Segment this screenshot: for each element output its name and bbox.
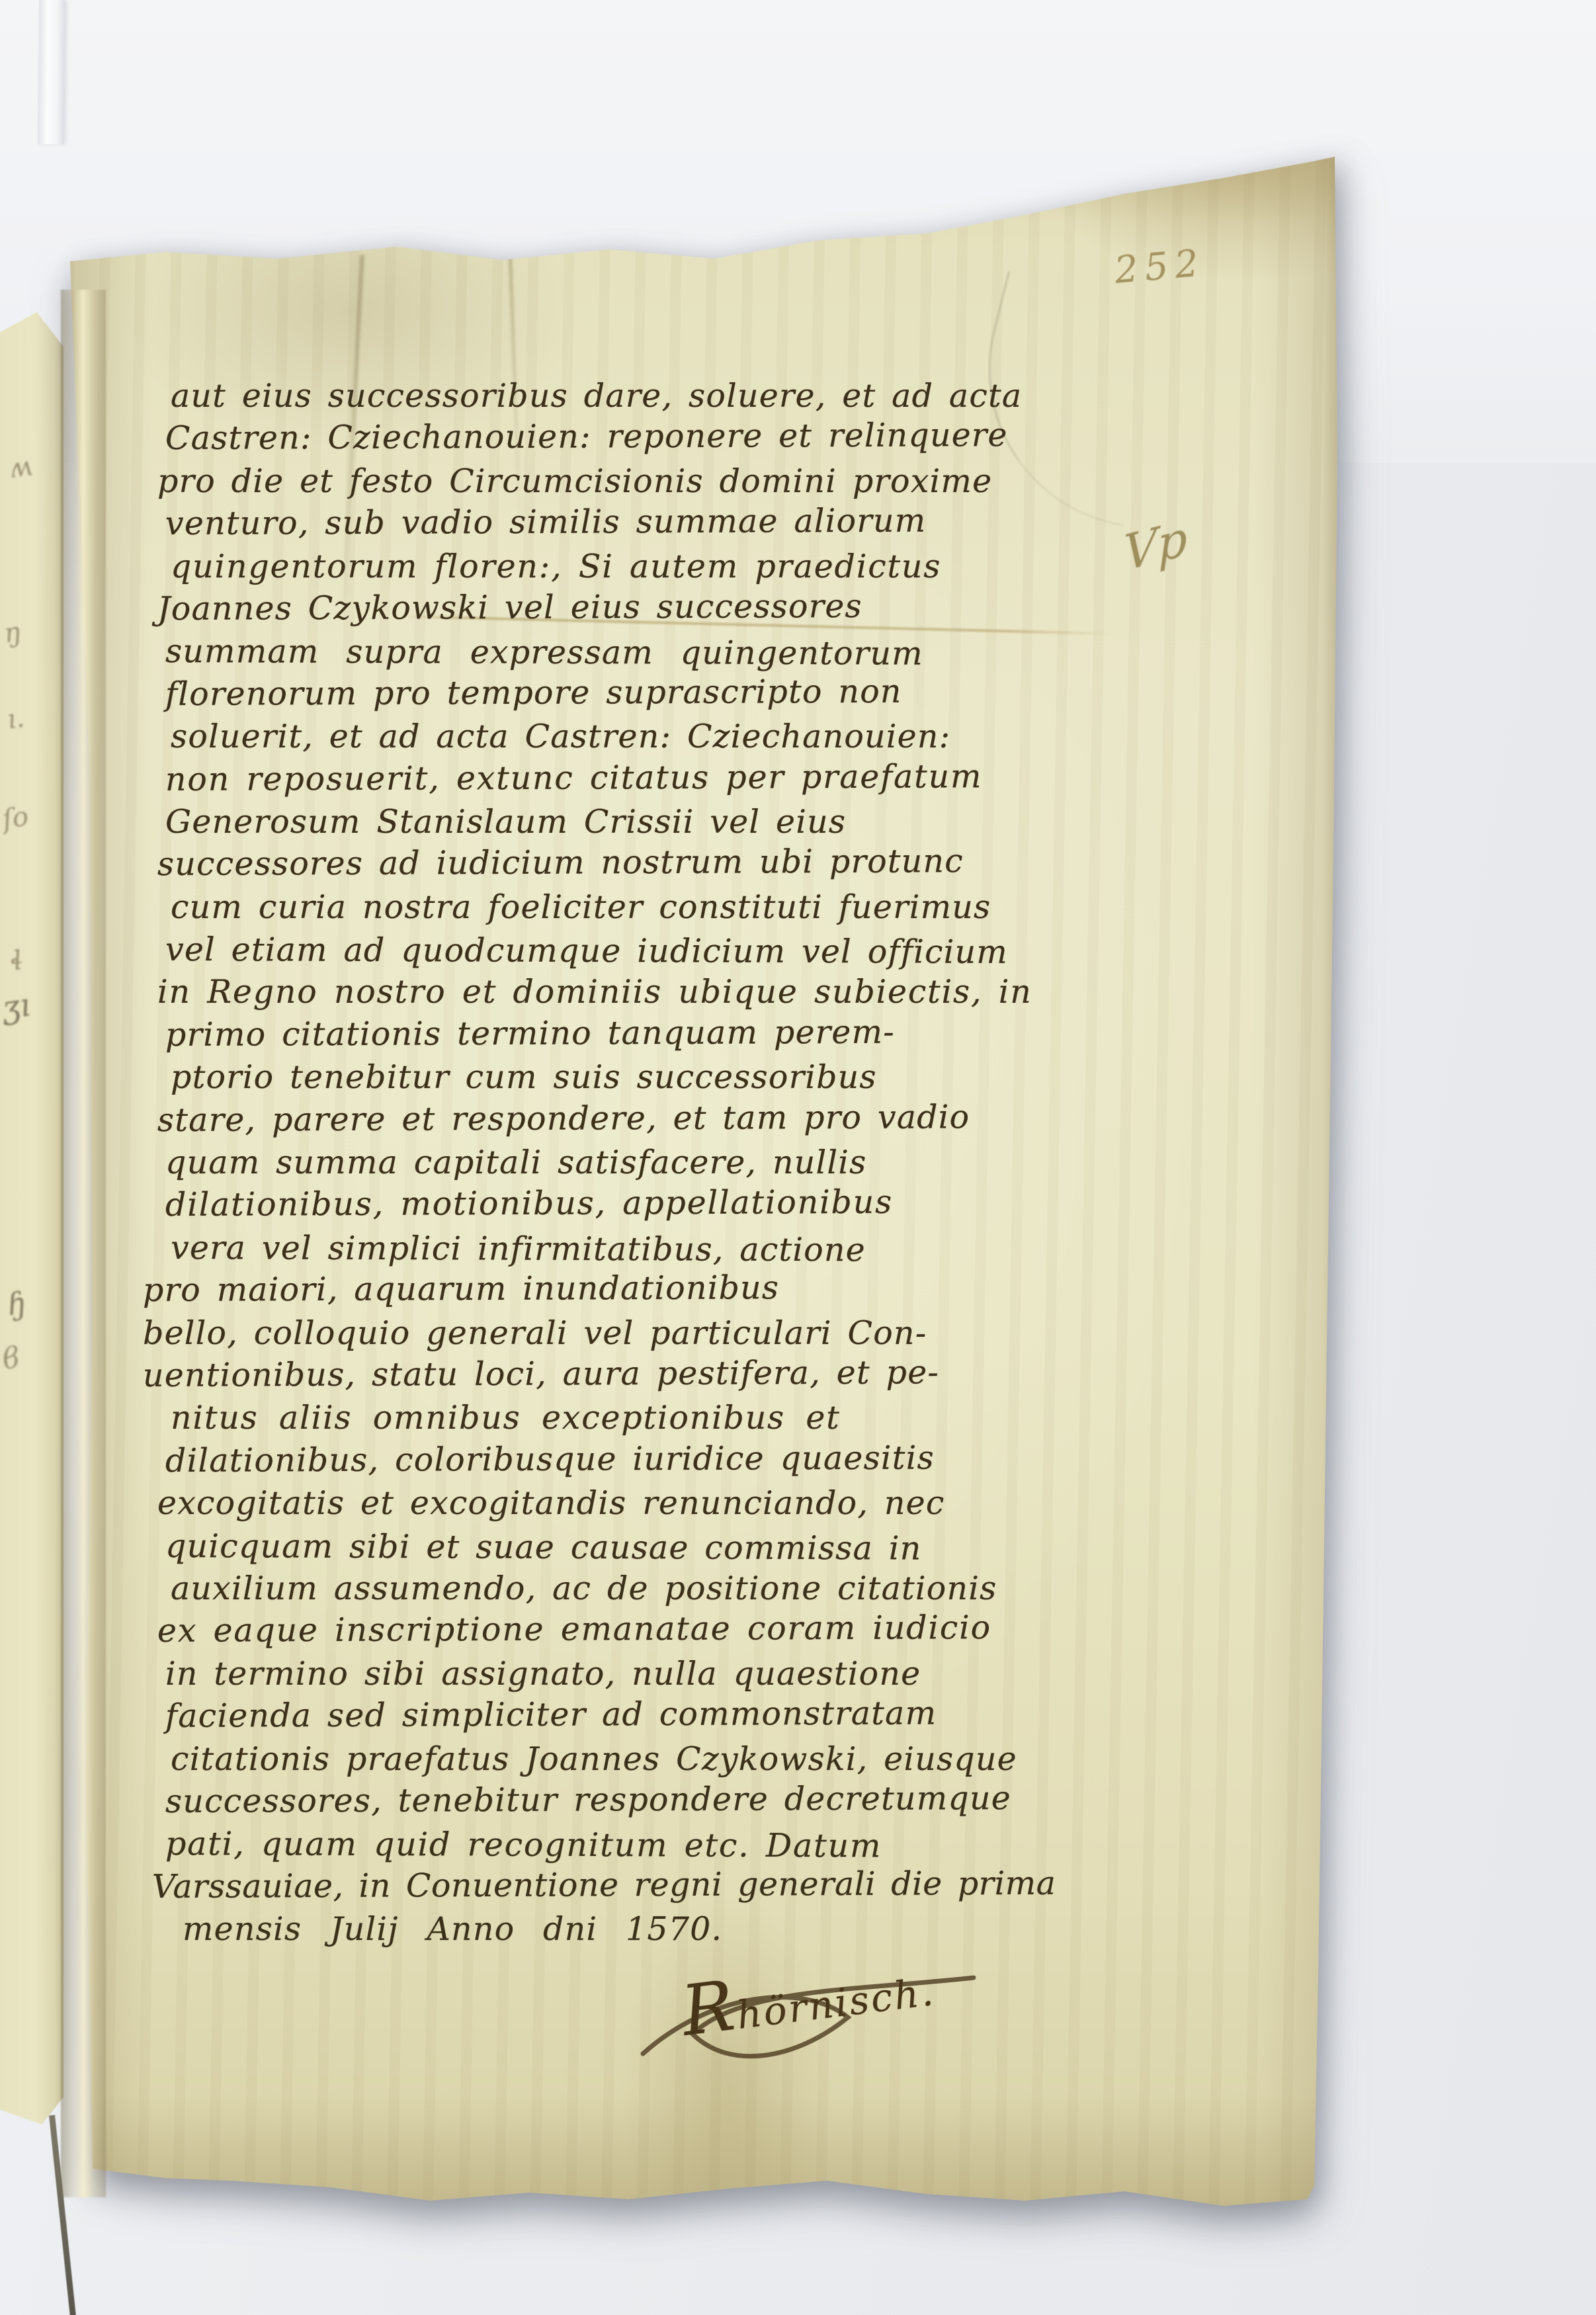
manuscript-text-line: nitus aliis omnibus exceptionibus et bbox=[171, 1397, 1290, 1439]
manuscript-text-line: in Regno nostro et dominiis ubique subie… bbox=[157, 971, 1290, 1013]
manuscript-text-line: pro die et festo Circumcisionis domini p… bbox=[157, 460, 1290, 503]
manuscript-text-line: quingentorum floren:, Si autem praedictu… bbox=[171, 546, 1290, 588]
manuscript-text-line: Castren: Cziechanouien: reponere et reli… bbox=[165, 413, 1290, 460]
ink-bleedthrough-mark: ı. bbox=[5, 702, 26, 735]
manuscript-text-line: successores, tenebitur respondere decret… bbox=[165, 1776, 1290, 1823]
manuscript-page: 252 Vp aut eius successoribus dare, solu… bbox=[66, 122, 1353, 2212]
manuscript-text-line: excogitatis et excogitandis renunciando,… bbox=[157, 1482, 1290, 1525]
folio-number: 252 bbox=[1113, 241, 1206, 292]
manuscript-text-line: Varssauiae, in Conuentione regni general… bbox=[152, 1861, 1290, 1908]
manuscript-text-line: citationis praefatus Joannes Czykowski, … bbox=[171, 1738, 1290, 1781]
ink-bleedthrough-mark: ſo bbox=[1, 802, 30, 835]
manuscript-text-line: aut eius successoribus dare, soluere, et… bbox=[171, 375, 1290, 417]
manuscript-text-line: facienda sed simpliciter ad commonstrata… bbox=[165, 1691, 1290, 1738]
manuscript-text-line: primo citationis termino tanquam perem- bbox=[165, 1009, 1290, 1056]
manuscript-text-line: uentionibus, statu loci, aura pestifera,… bbox=[143, 1350, 1290, 1397]
manuscript-text-line: quam summa capitali satisfacere, nullis bbox=[165, 1142, 1290, 1184]
manuscript-text-line: ptorio tenebitur cum suis successoribus bbox=[171, 1056, 1290, 1099]
manuscript-text-line: stare, parere et respondere, et tam pro … bbox=[157, 1095, 1290, 1142]
ink-bleedthrough-mark: ϐ bbox=[1, 1340, 22, 1376]
manuscript-text-line: Joannes Czykowski vel eius successores bbox=[157, 583, 1290, 630]
signature: Rhörnisch. bbox=[677, 1941, 939, 2052]
manuscript-text-line: non reposuerit, extunc citatus per praef… bbox=[165, 754, 1290, 801]
manuscript-text-line: ex eaque inscriptione emanatae coram iud… bbox=[157, 1606, 1290, 1653]
ink-bleedthrough-mark: ɬ bbox=[9, 945, 24, 977]
manuscript-text-line: soluerit, et ad acta Castren: Cziechanou… bbox=[171, 716, 1290, 758]
manuscript-text-line: pro maiori, aquarum inundationibus bbox=[143, 1265, 1290, 1312]
manuscript-text-line: Generosum Stanislaum Crissii vel eius bbox=[165, 801, 1290, 843]
manuscript-text-line: dilationibus, motionibus, appellationibu… bbox=[165, 1180, 1290, 1227]
ink-bleedthrough-mark: ʒı bbox=[0, 986, 32, 1027]
manuscript-text-line: quicquam sibi et suae causae commissa in bbox=[165, 1525, 1290, 1572]
manuscript-text-line: successores ad iudicium nostrum ubi prot… bbox=[157, 839, 1290, 886]
manuscript-text-line: vel etiam ad quodcumque iudicium vel off… bbox=[165, 929, 1290, 975]
ink-bleedthrough-mark: ɧ bbox=[4, 1284, 28, 1323]
manuscript-text-line: bello, colloquio generali vel particular… bbox=[143, 1312, 1290, 1355]
manuscript-text-line: florenorum pro tempore suprascripto non bbox=[165, 669, 1290, 716]
manuscript-text-block: aut eius successoribus dare, soluere, et… bbox=[165, 375, 1290, 1951]
ink-bleedthrough-mark: ŋ bbox=[2, 616, 23, 649]
manuscript-text-line: in termino sibi assignato, nulla quaesti… bbox=[165, 1653, 1290, 1695]
page-wrap: 252 Vp aut eius successoribus dare, solu… bbox=[66, 122, 1353, 2212]
manuscript-text-line: cum curia nostra foeliciter constituti f… bbox=[171, 886, 1290, 929]
manuscript-text-line: dilationibus, coloribusque iuridice quae… bbox=[165, 1435, 1290, 1482]
ink-bleedthrough-mark: ʍ bbox=[7, 451, 34, 484]
scanned-manuscript-photo: ʍŋı.ſoɬʒıɧϐ 252 Vp aut eius successoribu… bbox=[0, 0, 1596, 2315]
facing-page-edge: ʍŋı.ſoɬʒıɧϐ bbox=[0, 312, 63, 2130]
manuscript-text-line: mensis Julij Anno dni 1570. bbox=[183, 1908, 1290, 1951]
bookmark-ribbon bbox=[38, 0, 65, 144]
manuscript-text-line: venturo, sub vadio similis summae alioru… bbox=[165, 499, 1290, 546]
manuscript-text-line: auxilium assumendo, ac de positione cita… bbox=[171, 1568, 1290, 1610]
